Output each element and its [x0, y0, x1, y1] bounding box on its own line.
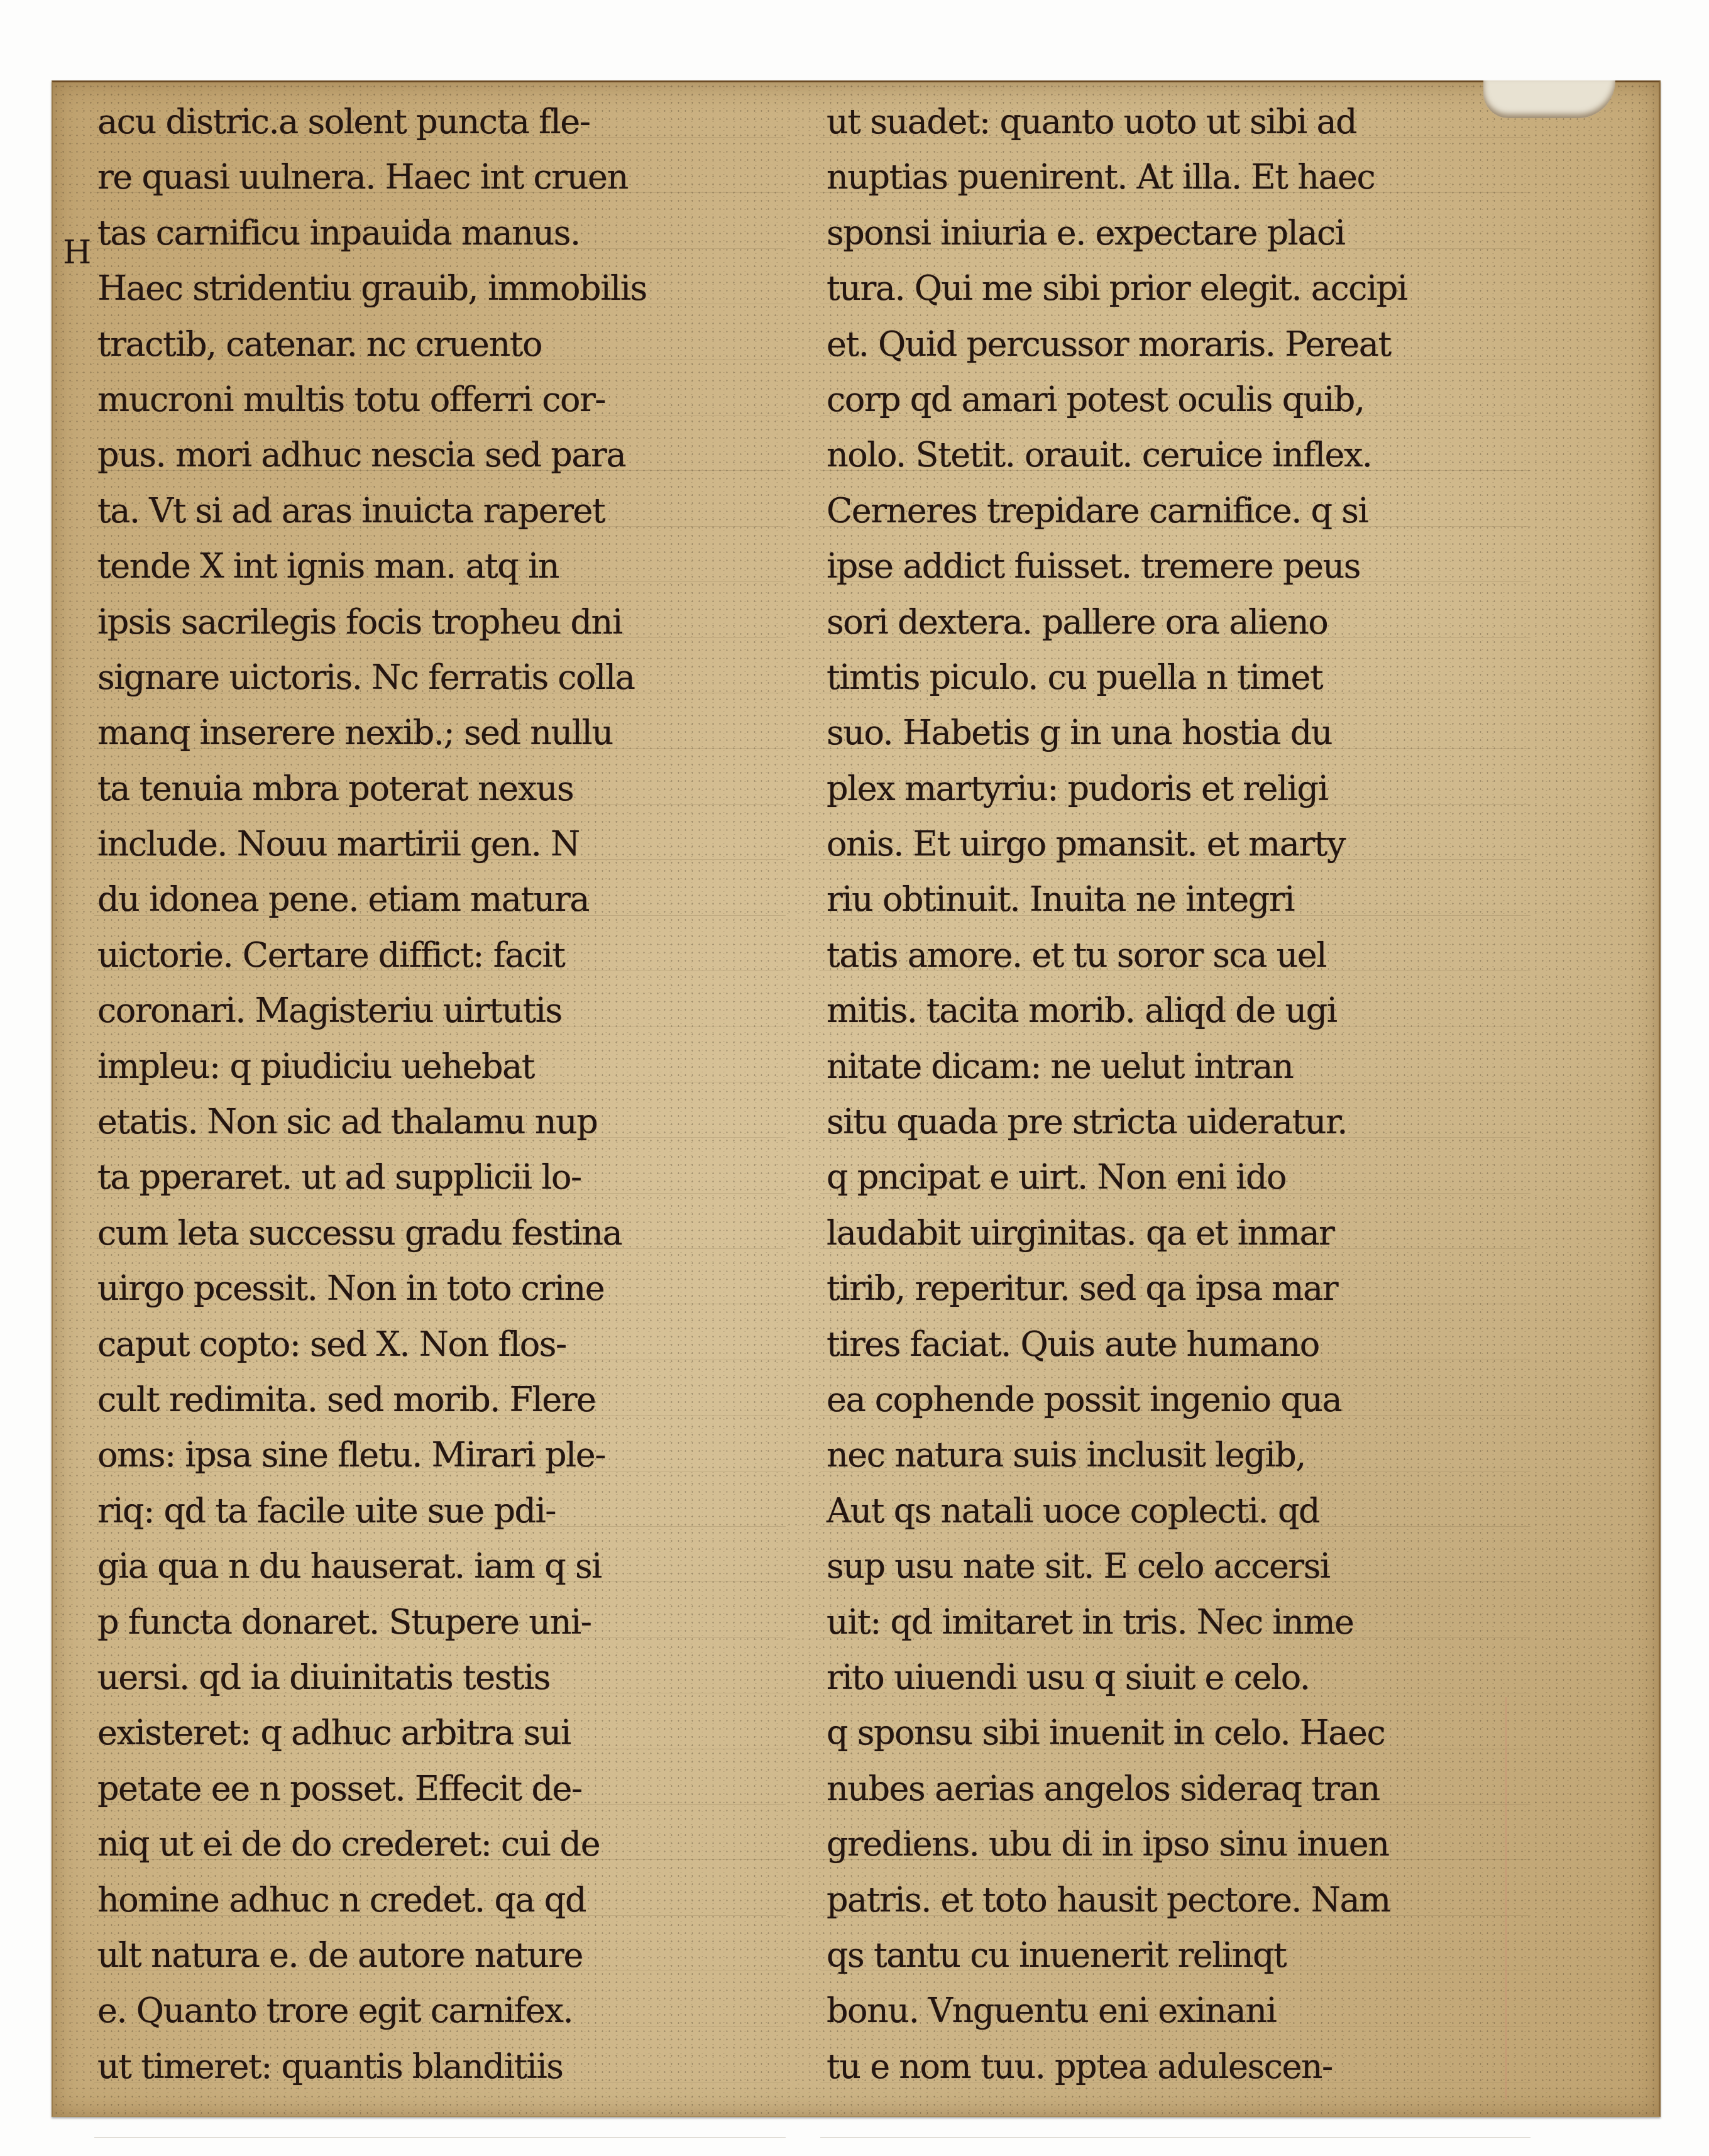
manuscript-line: laudabit uirginitas. qa et inmar	[827, 1206, 1530, 1261]
ruling-line	[94, 2137, 786, 2138]
manuscript-line: nec natura suis inclusit legib,	[827, 1427, 1530, 1483]
manuscript-line: gia qua n du hauserat. iam q si	[97, 1539, 783, 1594]
manuscript-line: cum leta successu gradu festina	[97, 1206, 783, 1261]
manuscript-line: mucroni multis totu offerri cor-	[97, 372, 783, 427]
manuscript-line: include. Nouu martirii gen. N	[97, 817, 783, 872]
manuscript-line: du idonea pene. etiam matura	[97, 872, 783, 927]
manuscript-line: mitis. tacita morib. aliqd de ugi	[827, 983, 1530, 1038]
manuscript-line: tatis amore. et tu soror sca uel	[827, 928, 1530, 983]
manuscript-line: Cerneres trepidare carnifice. q si	[827, 483, 1530, 539]
manuscript-line: rito uiuendi usu q siuit e celo.	[827, 1650, 1530, 1705]
manuscript-line: tas carnificu inpauida manus.	[97, 206, 783, 261]
manuscript-line: p functa donaret. Stupere uni-	[97, 1595, 783, 1650]
manuscript-line: nubes aerias angelos sideraq tran	[827, 1761, 1530, 1817]
manuscript-line: uit: qd imitaret in tris. Nec inme	[827, 1595, 1530, 1650]
ruling-line	[820, 2137, 1530, 2138]
manuscript-line: tende X int ignis man. atq in	[97, 539, 783, 594]
manuscript-line: ut suadet: quanto uoto ut sibi ad	[827, 94, 1530, 150]
manuscript-line: coronari. Magisteriu uirtutis	[97, 983, 783, 1038]
manuscript-line: cult redimita. sed morib. Flere	[97, 1372, 783, 1427]
manuscript-line: ta tenuia mbra poterat nexus	[97, 761, 783, 817]
manuscript-line: ta. Vt si ad aras inuicta raperet	[97, 483, 783, 539]
manuscript-line: etatis. Non sic ad thalamu nup	[97, 1094, 783, 1150]
manuscript-line: caput copto: sed X. Non flos-	[97, 1317, 783, 1372]
manuscript-line: bonu. Vnguentu eni exinani	[827, 1983, 1530, 2038]
manuscript-line: patris. et toto hausit pectore. Nam	[827, 1873, 1530, 1928]
manuscript-line: plex martyriu: pudoris et religi	[827, 761, 1530, 817]
text-column-right: ut suadet: quanto uoto ut sibi adnuptias…	[827, 94, 1530, 2094]
manuscript-line: tirib, reperitur. sed qa ipsa mar	[827, 1261, 1530, 1316]
manuscript-line: Aut qs natali uoce coplecti. qd	[827, 1483, 1530, 1539]
manuscript-line: existeret: q adhuc arbitra sui	[97, 1705, 783, 1761]
manuscript-scan: H acu distric.a solent puncta fle-re qua…	[0, 0, 1709, 2156]
manuscript-line: corp qd amari potest oculis quib,	[827, 372, 1530, 427]
manuscript-line: manq inserere nexib.; sed nullu	[97, 705, 783, 761]
text-column-left: acu distric.a solent puncta fle-re quasi…	[97, 94, 783, 2094]
manuscript-line: signare uictoris. Nc ferratis colla	[97, 650, 783, 705]
manuscript-line: tires faciat. Quis aute humano	[827, 1317, 1530, 1372]
manuscript-line: nolo. Stetit. orauit. ceruice inflex.	[827, 427, 1530, 483]
manuscript-line: oms: ipsa sine fletu. Mirari ple-	[97, 1427, 783, 1483]
manuscript-line: petate ee n posset. Effecit de-	[97, 1761, 783, 1817]
manuscript-line: nitate dicam: ne uelut intran	[827, 1039, 1530, 1094]
manuscript-line: uirgo pcessit. Non in toto crine	[97, 1261, 783, 1316]
manuscript-line: riu obtinuit. Inuita ne integri	[827, 872, 1530, 927]
manuscript-line: impleu: q piudiciu uehebat	[97, 1039, 783, 1094]
manuscript-line: onis. Et uirgo pmansit. et marty	[827, 817, 1530, 872]
manuscript-line: sori dextera. pallere ora alieno	[827, 595, 1530, 650]
manuscript-line: ult natura e. de autore nature	[97, 1928, 783, 1983]
manuscript-line: niq ut ei de do crederet: cui de	[97, 1817, 783, 1872]
manuscript-line: timtis piculo. cu puella n timet	[827, 650, 1530, 705]
manuscript-line: pus. mori adhuc nescia sed para	[97, 427, 783, 483]
manuscript-line: et. Quid percussor moraris. Pereat	[827, 317, 1530, 372]
manuscript-line: suo. Habetis g in una hostia du	[827, 705, 1530, 761]
manuscript-line: q sponsu sibi inuenit in celo. Haec	[827, 1705, 1530, 1761]
marginal-initial-h: H	[63, 234, 91, 272]
manuscript-line: e. Quanto trore egit carnifex.	[97, 1983, 783, 2038]
manuscript-line: Haec stridentiu grauib, immobilis	[97, 261, 783, 316]
manuscript-line: sponsi iniuria e. expectare placi	[827, 206, 1530, 261]
manuscript-line: uictorie. Certare diffict: facit	[97, 928, 783, 983]
manuscript-line: ta pperaret. ut ad supplicii lo-	[97, 1150, 783, 1205]
manuscript-line: re quasi uulnera. Haec int cruen	[97, 150, 783, 205]
manuscript-line: ipse addict fuisset. tremere peus	[827, 539, 1530, 594]
manuscript-line: nuptias puenirent. At illa. Et haec	[827, 150, 1530, 205]
manuscript-line: grediens. ubu di in ipso sinu inuen	[827, 1817, 1530, 1872]
manuscript-line: acu distric.a solent puncta fle-	[97, 94, 783, 150]
manuscript-line: situ quada pre stricta uideratur.	[827, 1094, 1530, 1150]
manuscript-line: ea cophende possit ingenio qua	[827, 1372, 1530, 1427]
manuscript-line: homine adhuc n credet. qa qd	[97, 1873, 783, 1928]
manuscript-line: qs tantu cu inuenerit relinqt	[827, 1928, 1530, 1983]
manuscript-line: sup usu nate sit. E celo accersi	[827, 1539, 1530, 1594]
manuscript-line: ipsis sacrilegis focis tropheu dni	[97, 595, 783, 650]
manuscript-line: ut timeret: quantis blanditiis	[97, 2039, 783, 2094]
manuscript-line: tu e nom tuu. pptea adulescen-	[827, 2039, 1530, 2094]
manuscript-line: q pncipat e uirt. Non eni ido	[827, 1150, 1530, 1205]
manuscript-line: uersi. qd ia diuinitatis testis	[97, 1650, 783, 1705]
manuscript-line: tura. Qui me sibi prior elegit. accipi	[827, 261, 1530, 316]
manuscript-line: tractib, catenar. nc cruento	[97, 317, 783, 372]
manuscript-line: riq: qd ta facile uite sue pdi-	[97, 1483, 783, 1539]
